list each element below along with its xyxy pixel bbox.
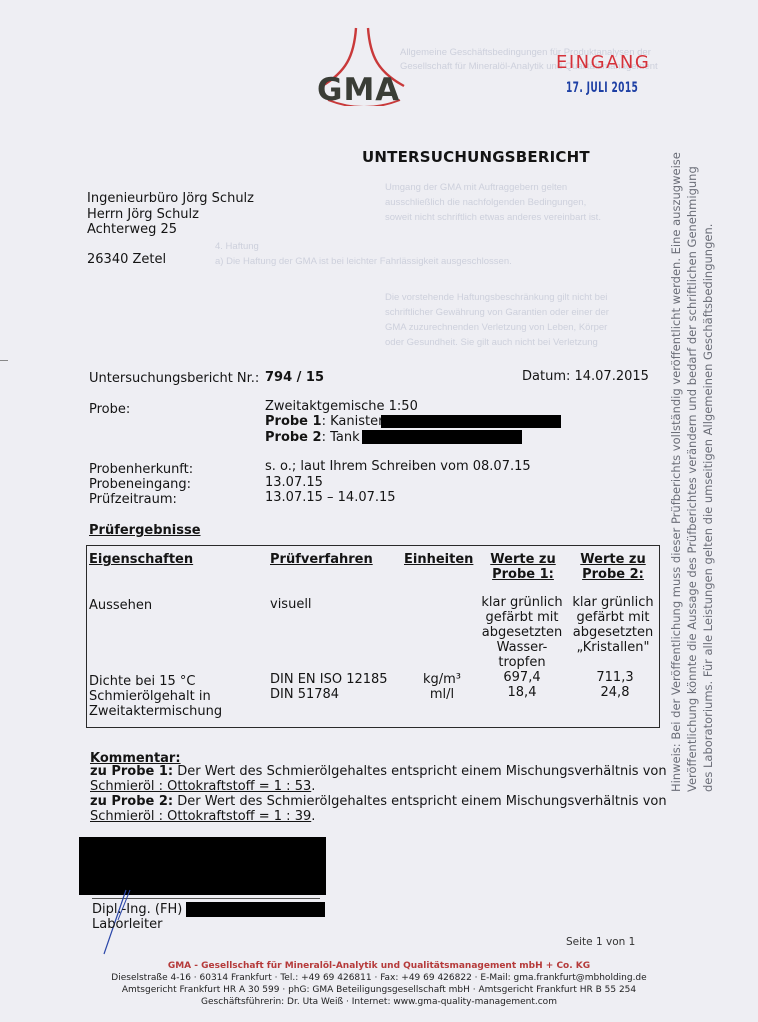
cell-line: „Kristallen": [560, 640, 666, 655]
sample-2-label: Probe 2: [265, 430, 322, 445]
table-cell-method: visuell: [270, 597, 312, 612]
cell-line: Wasser-: [470, 640, 574, 655]
recipient-city: 26340 Zetel: [87, 252, 166, 267]
origin-label: Probenherkunft:: [89, 462, 193, 477]
comment-item-1: zu Probe 1: Der Wert des Schmierölgehalt…: [90, 764, 667, 779]
table-cell-property: Aussehen: [89, 598, 152, 613]
results-section-title: Prüfergebnisse: [89, 523, 201, 538]
recipient-line: Ingenieurbüro Jörg Schulz: [87, 191, 254, 206]
footer-management: Geschäftsführerin: Dr. Uta Weiß · Intern…: [0, 996, 758, 1008]
sample-1: Probe 1: Kanister: [265, 414, 383, 429]
sample-label: Probe:: [89, 402, 130, 417]
column-header-probe-1: Werte zu Probe 1:: [478, 552, 568, 582]
recipient-line: Herrn Jörg Schulz: [87, 207, 199, 222]
table-cell-probe-1: klar grünlichgefärbt mitabgesetztenWasse…: [470, 595, 574, 670]
document-page: Allgemeine Geschäftsbedingungen für Prod…: [0, 0, 758, 1022]
redacted-block: [381, 415, 561, 428]
table-cell-method: DIN 51784: [270, 687, 339, 702]
footer-register: Amtsgericht Frankfurt HR A 30 599 · phG:…: [0, 984, 758, 996]
comment-text: Der Wert des Schmierölgehaltes entsprich…: [173, 794, 666, 809]
comment-prefix: zu Probe 1:: [90, 764, 173, 779]
cell-line: klar grünlich: [470, 595, 574, 610]
notice-line: des Laboratoriums. Für alle Leistungen g…: [700, 152, 716, 792]
bleed-through-text: a) Die Haftung der GMA ist bei leichter …: [215, 255, 512, 269]
bleed-through-text: 4. Haftung: [215, 240, 259, 254]
cell-line: klar grünlich: [560, 595, 666, 610]
table-cell-property: Dichte bei 15 °C: [89, 674, 195, 689]
stamp-label: EINGANG: [556, 52, 650, 73]
sample-1-value: : Kanister: [322, 414, 384, 429]
column-header-property: Eigenschaften: [89, 552, 193, 567]
receipt-label: Probeneingang:: [89, 477, 191, 492]
logo-text: GMA: [317, 72, 400, 108]
cell-line: abgesetzten: [470, 625, 574, 640]
comment-ratio: Schmieröl : Ottokraftstoff = 1 : 39: [90, 809, 311, 824]
receipt-value: 13.07.15: [265, 475, 323, 490]
comment-prefix: zu Probe 2:: [90, 794, 173, 809]
report-title: UNTERSUCHUNGSBERICHT: [362, 148, 590, 166]
comment-ratio-1: Schmieröl : Ottokraftstoff = 1 : 53.: [90, 779, 315, 794]
report-date: Datum: 14.07.2015: [522, 369, 649, 384]
redacted-name: [186, 902, 325, 917]
table-cell-probe-2: klar grünlichgefärbt mitabgesetzten„Kris…: [560, 595, 666, 655]
page-number: Seite 1 von 1: [566, 936, 635, 948]
sample-2-value: : Tank: [322, 430, 360, 445]
recipient-line: Achterweg 25: [87, 222, 177, 237]
bleed-through-text: Die vorstehende Haftungsbeschränkung gil…: [385, 290, 609, 350]
table-cell-probe-2: 24,8: [563, 685, 667, 700]
signer-role: Laborleiter: [92, 917, 162, 932]
notice-line: Hinweis: Bei der Veröffentlichung muss d…: [668, 152, 684, 792]
period-value: 13.07.15 – 14.07.15: [265, 490, 396, 505]
cell-line: gefärbt mit: [560, 610, 666, 625]
table-cell-probe-1: 18,4: [470, 685, 574, 700]
cell-line: abgesetzten: [560, 625, 666, 640]
comment-end: .: [311, 809, 315, 824]
cell-line: gefärbt mit: [470, 610, 574, 625]
notice-line: Veröffentlichung könnte die Aussage des …: [684, 152, 700, 792]
comment-end: .: [311, 779, 315, 794]
column-header-method: Prüfverfahren: [270, 552, 373, 567]
sample-2: Probe 2: Tank: [265, 430, 360, 445]
signer-title: Dipl.-Ing. (FH): [92, 902, 182, 917]
footer-address: Dieselstraße 4-16 · 60314 Frankfurt · Te…: [0, 972, 758, 984]
comment-item-2: zu Probe 2: Der Wert des Schmierölgehalt…: [90, 794, 667, 809]
table-cell-probe-2: 711,3: [563, 670, 667, 685]
redacted-signature-block: [79, 837, 326, 895]
table-cell-method: DIN EN ISO 12185: [270, 672, 388, 687]
table-cell-probe-1: 697,4: [470, 670, 574, 685]
column-header-probe-2: Werte zu Probe 2:: [568, 552, 658, 582]
redacted-block: [362, 430, 522, 444]
bleed-through-text: Umgang der GMA mit Auftraggebern geltena…: [385, 180, 601, 225]
column-header-unit: Einheiten: [404, 552, 473, 567]
report-number-label: Untersuchungsbericht Nr.:: [89, 371, 259, 386]
gma-logo: GMA: [316, 26, 412, 106]
sample-description: Zweitaktgemische 1:50: [265, 399, 418, 414]
comment-text: Der Wert des Schmierölgehaltes entsprich…: [173, 764, 666, 779]
footer-company: GMA - Gesellschaft für Mineralöl-Analyti…: [0, 960, 758, 972]
origin-value: s. o.; laut Ihrem Schreiben vom 08.07.15: [265, 459, 531, 474]
table-cell-property: Schmierölgehalt in: [89, 689, 211, 704]
fold-mark: [0, 360, 8, 361]
comment-ratio: Schmieröl : Ottokraftstoff = 1 : 53: [90, 779, 311, 794]
publication-notice: Hinweis: Bei der Veröffentlichung muss d…: [668, 152, 716, 792]
comment-ratio-2: Schmieröl : Ottokraftstoff = 1 : 39.: [90, 809, 315, 824]
report-number: 794 / 15: [265, 370, 324, 385]
cell-line: tropfen: [470, 655, 574, 670]
table-cell-property-continued: Zweitaktermischung: [89, 704, 222, 719]
sample-1-label: Probe 1: [265, 414, 322, 429]
period-label: Prüfzeitraum:: [89, 492, 177, 507]
stamp-date: 17. JULI 2015: [566, 80, 638, 96]
